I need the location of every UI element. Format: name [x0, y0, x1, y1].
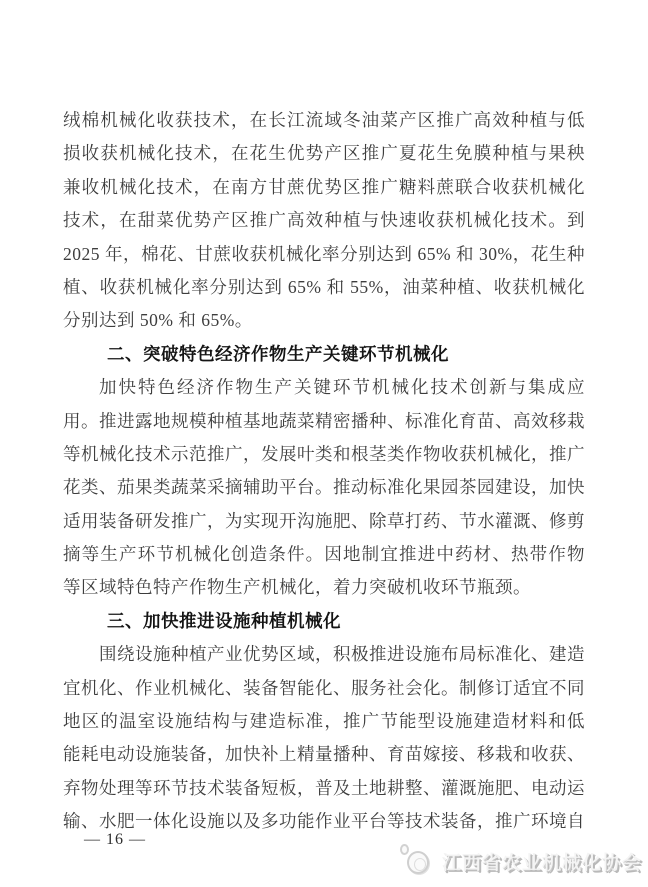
- watermark-text: 江西省农业机械化协会: [442, 848, 642, 875]
- text-line: 损收获机械化技术，在花生优势产区推广夏花生免膜种植与果秧: [63, 137, 585, 170]
- text-line: 摘等生产环节机械化创造条件。因地制宜推进中药材、热带作物: [63, 538, 585, 571]
- paragraph-continued: 绒棉机械化收获技术，在长江流域冬油菜产区推广高效种植与低损收获机械化技术，在花生…: [63, 104, 585, 338]
- text-line: 2025 年，棉花、甘蔗收获机械化率分别达到 65% 和 30%，花生种: [63, 238, 585, 271]
- document-body: 绒棉机械化收获技术，在长江流域冬油菜产区推广高效种植与低损收获机械化技术，在花生…: [63, 104, 585, 839]
- emblem-small-circle: [400, 844, 409, 855]
- text-line: 加快特色经济作物生产关键环节机械化技术创新与集成应: [63, 371, 585, 404]
- association-emblem-icon: [398, 842, 434, 880]
- text-line: 围绕设施种植产业优势区域，积极推进设施布局标准化、建造: [63, 638, 585, 671]
- text-line: 能耗电动设施装备，加快补上精量播种、育苗嫁接、移栽和收获、废: [63, 738, 585, 771]
- section-heading-3: 三、加快推进设施种植机械化: [63, 605, 585, 638]
- section-heading-2: 二、突破特色经济作物生产关键环节机械化: [63, 338, 585, 371]
- text-line: 用。推进露地规模种植基地蔬菜精密播种、标准化育苗、高效移栽: [63, 405, 585, 438]
- text-line: 等机械化技术示范推广，发展叶类和根茎类作物收获机械化，推广: [63, 438, 585, 471]
- text-line: 适用装备研发推广，为实现开沟施肥、除草打药、节水灌溉、修剪采: [63, 505, 585, 538]
- text-line: 兼收机械化技术，在南方甘蔗优势区推广糖料蔗联合收获机械化: [63, 171, 585, 204]
- paragraph-section-2: 加快特色经济作物生产关键环节机械化技术创新与集成应用。推进露地规模种植基地蔬菜精…: [63, 371, 585, 605]
- text-line: 弃物处理等环节技术装备短板，普及土地耕整、灌溉施肥、电动运: [63, 772, 585, 805]
- text-line: 地区的温室设施结构与建造标准，推广节能型设施建造材料和低: [63, 705, 585, 738]
- emblem-big-circle: [407, 851, 429, 874]
- document-page: 绒棉机械化收获技术，在长江流域冬油菜产区推广高效种植与低损收获机械化技术，在花生…: [0, 0, 648, 887]
- text-line: 绒棉机械化收获技术，在长江流域冬油菜产区推广高效种植与低: [63, 104, 585, 137]
- text-line: 植、收获机械化率分别达到 65% 和 55%，油菜种植、收获机械化率: [63, 271, 585, 304]
- text-line: 技术，在甜菜优势产区推广高效种植与快速收获机械化技术。到: [63, 204, 585, 237]
- text-line: 分别达到 50% 和 65%。: [63, 304, 585, 337]
- text-line: 花类、茄果类蔬菜采摘辅助平台。推动标准化果园茶园建设，加快: [63, 471, 585, 504]
- text-line: 宜机化、作业机械化、装备智能化、服务社会化。制修订适宜不同: [63, 672, 585, 705]
- paragraph-section-3: 围绕设施种植产业优势区域，积极推进设施布局标准化、建造宜机化、作业机械化、装备智…: [63, 638, 585, 838]
- association-watermark: 江西省农业机械化协会: [398, 842, 642, 880]
- page-number: — 16 —: [84, 831, 146, 849]
- text-line: 等区域特色特产作物生产机械化，着力突破机收环节瓶颈。: [63, 571, 585, 604]
